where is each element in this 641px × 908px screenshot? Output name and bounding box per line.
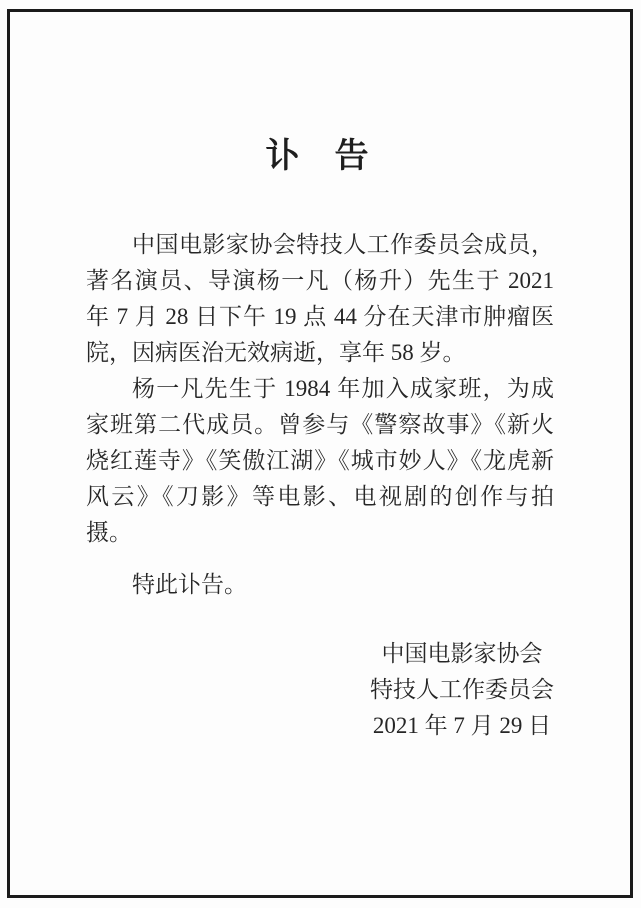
signature-block: 中国电影家协会 特技人工作委员会 2021 年 7 月 29 日 [370, 636, 554, 744]
paragraph-biography: 杨一凡先生于 1984 年加入成家班，为成家班第二代成员。曾参与《警察故事》《新… [86, 371, 554, 551]
signature-org-line2: 特技人工作委员会 [370, 672, 554, 708]
notice-content: 讣 告 中国电影家协会特技人工作委员会成员，著名演员、导演杨一凡（杨升）先生于 … [7, 9, 633, 898]
notice-title: 讣 告 [86, 135, 554, 179]
closing-line: 特此讣告。 [86, 567, 554, 603]
signature-date: 2021 年 7 月 29 日 [370, 708, 554, 744]
obituary-page: 讣 告 中国电影家协会特技人工作委员会成员，著名演员、导演杨一凡（杨升）先生于 … [0, 0, 641, 908]
signature-org-line1: 中国电影家协会 [370, 636, 554, 672]
paragraph-death-announcement: 中国电影家协会特技人工作委员会成员，著名演员、导演杨一凡（杨升）先生于 2021… [86, 227, 554, 371]
notice-body: 中国电影家协会特技人工作委员会成员，著名演员、导演杨一凡（杨升）先生于 2021… [86, 227, 554, 551]
